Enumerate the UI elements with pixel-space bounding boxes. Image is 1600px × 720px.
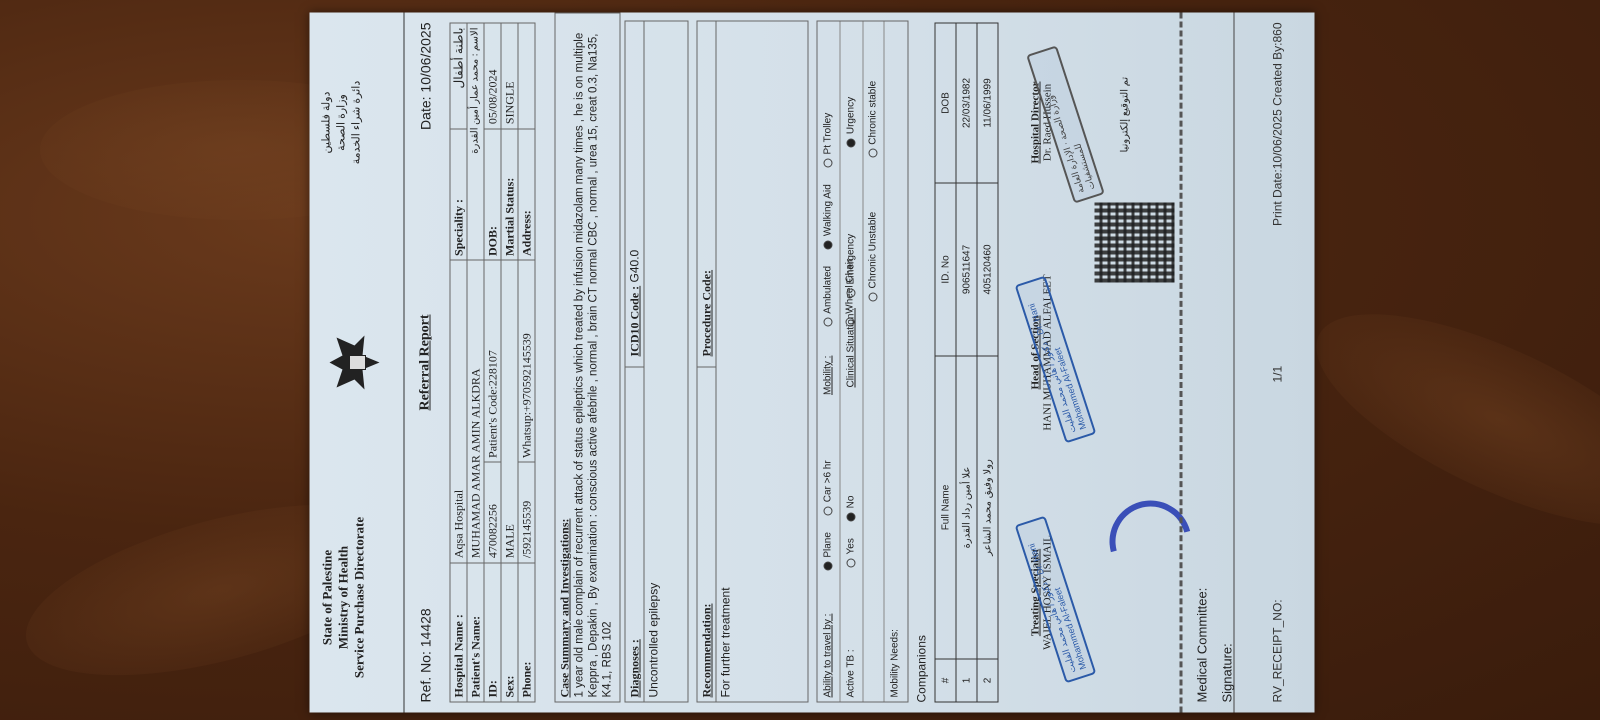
radio-unchecked-icon <box>823 318 832 327</box>
directorate-name-ar: دائرة شراء الخدمة <box>350 23 365 223</box>
radio-unchecked-icon <box>846 559 855 568</box>
tb-option-no[interactable]: No <box>841 496 863 522</box>
mobility-option-walking-aid[interactable]: Walking Aid <box>818 184 840 249</box>
recommendation-section: Recommendation: Procedure Code: For furt… <box>697 21 809 703</box>
dashed-divider <box>1180 13 1183 713</box>
col-full-name: Full Name <box>935 356 956 659</box>
letterhead-arabic: دولة فلسطين وزارة الصحة دائرة شراء الخدم… <box>320 23 365 223</box>
marital-value: SINGLE <box>501 23 518 129</box>
travel-option-plane[interactable]: Plane <box>818 532 840 571</box>
page-footer: RV_RECEIPT_NO: 1/1 Print Date:10/06/2025… <box>1234 13 1315 713</box>
clinical-options: Emergency Urgency <box>841 83 863 298</box>
head-stamp: دكتور / هاني محمد الفليت · Dr. Hani Moha… <box>1015 276 1097 444</box>
travel-option-car[interactable]: Car >6 hr <box>818 460 840 515</box>
procedure-code-label: Procedure Code: <box>698 270 716 367</box>
row-id-no: 906511647 <box>956 183 977 356</box>
id-value: 470082256 <box>484 462 501 562</box>
tb-option-yes[interactable]: Yes <box>841 538 863 567</box>
clinical-option-chronic-stable[interactable]: Chronic stable <box>864 81 884 158</box>
mobility-label: Mobility : <box>818 327 840 395</box>
case-summary-text: 1 year old male complain of recurrent at… <box>573 18 615 698</box>
phone-value: /592145539 <box>518 462 535 562</box>
whatsapp-value: Whatsup:+970592145539 <box>518 260 535 462</box>
col-index: # <box>935 659 956 702</box>
mobility-option-ambulated[interactable]: Ambulated <box>818 266 840 327</box>
col-dob: DOB <box>935 23 956 183</box>
radio-unchecked-icon <box>823 158 832 167</box>
row-full-name: علا أمين رداد القدرة <box>956 356 977 659</box>
patient-name-value: MUHAMAD AMAR AMIN ALKDRA <box>467 260 484 562</box>
row-dob: 11/06/1999 <box>977 23 998 183</box>
active-tb-label: Active TB : <box>841 568 863 702</box>
diagnoses-title: Diagnoses : <box>626 367 644 702</box>
page-indicator: 1/1 <box>1271 366 1285 383</box>
radio-checked-icon <box>823 562 832 571</box>
clinical-option-chronic-unstable[interactable]: Chronic Unstable <box>864 212 884 302</box>
header-divider <box>404 13 405 713</box>
sex-label: Sex: <box>501 563 518 702</box>
travel-options: Plane Car >6 hr <box>818 395 840 571</box>
id-label: ID: <box>484 563 501 702</box>
doctor-stamp: دكتور / هاني محمد الفليت · Dr. Hani Moha… <box>1015 516 1097 684</box>
clinical-situation-label: Clinical Situation : <box>841 298 863 388</box>
recommendation-title: Recommendation: <box>698 367 716 702</box>
patient-info-table: Hospital Name : Aqsa Hospital Speciality… <box>450 23 536 703</box>
print-info: Print Date:10/06/2025 Created By:860 <box>1271 23 1285 226</box>
mobility-options: Ambulated Walking Aid Pt Trolley Wheel C… <box>818 22 840 327</box>
signature-label: Signature: <box>1220 643 1235 702</box>
hospital-label: Hospital Name : <box>450 563 467 702</box>
row-id-no: 405120460 <box>977 183 998 356</box>
companions-header-row: # Full Name ID. No DOB <box>935 23 956 702</box>
ministry-name-ar: وزارة الصحة <box>335 23 350 223</box>
electronic-signature-label: تم التوقيع إلكترونيا <box>1120 77 1131 153</box>
receipt-number-label: RV_RECEIPT_NO: <box>1271 599 1285 702</box>
speciality-value: باطنة أطفال <box>450 23 467 129</box>
radio-unchecked-icon <box>846 289 855 298</box>
radio-unchecked-icon <box>868 149 877 158</box>
letterhead: State of Palestine Ministry of Health Se… <box>310 13 405 713</box>
sex-value: MALE <box>501 260 518 562</box>
round-seal-icon <box>1094 485 1206 597</box>
directorate-name: Service Purchase Directorate <box>352 483 368 713</box>
case-summary-section: Case Summary and Investigations: 1 year … <box>555 13 621 703</box>
reference-row: Ref. No: 14428 Referral Report Date: 10/… <box>418 23 440 703</box>
mobility-option-pt-trolley[interactable]: Pt Trolley <box>818 113 840 168</box>
document-photo: State of Palestine Ministry of Health Se… <box>310 10 1315 715</box>
clinical-option-urgency[interactable]: Urgency <box>841 97 863 147</box>
case-summary-title: Case Summary and Investigations: <box>558 18 573 698</box>
patient-code: Patient's Code:228107 <box>484 260 501 462</box>
phone-label: Phone: <box>518 563 535 702</box>
table-row: 1 علا أمين رداد القدرة 906511647 22/03/1… <box>956 23 977 702</box>
companions-title: Companions <box>915 635 929 702</box>
state-name: State of Palestine <box>320 483 336 713</box>
letterhead-english: State of Palestine Ministry of Health Se… <box>320 483 368 713</box>
col-id-no: ID. No <box>935 183 956 356</box>
recommendation-value: For further treatment <box>717 22 735 702</box>
radio-unchecked-icon <box>868 293 877 302</box>
ministry-name: Ministry of Health <box>336 483 352 713</box>
companions-table: # Full Name ID. No DOB 1 علا أمين رداد ا… <box>935 23 999 703</box>
address-value <box>518 23 535 129</box>
patient-name-arabic: الاسم : محمد عمار أمين القدرة <box>467 23 484 260</box>
radio-checked-icon <box>846 512 855 521</box>
patient-name-label: Patient's Name: <box>467 563 484 702</box>
row-index: 1 <box>956 659 977 702</box>
eagle-emblem-icon <box>325 328 385 398</box>
diagnoses-section: Diagnoses : ICD10 Code : G40.0 Uncontrol… <box>625 21 689 703</box>
row-full-name: رولا وفيق محمد الشاعر <box>977 356 998 659</box>
speciality-label: Speciality : <box>450 129 467 261</box>
referral-report-paper: State of Palestine Ministry of Health Se… <box>310 13 1315 713</box>
travel-section: Ability to travel by : Plane Car >6 hr M… <box>817 21 909 703</box>
row-index: 2 <box>977 659 998 702</box>
icd-value: G40.0 <box>628 250 642 283</box>
mobility-needs-label: Mobility Needs: <box>884 22 907 702</box>
row-dob: 22/03/1982 <box>956 23 977 183</box>
qr-code-icon[interactable] <box>1095 203 1175 283</box>
diagnosis-value: Uncontrolled epilepsy <box>645 22 663 702</box>
hospital-value: Aqsa Hospital <box>450 260 467 562</box>
report-date: Date: 10/06/2025 <box>418 23 434 130</box>
ability-to-travel-label: Ability to travel by : <box>818 571 840 702</box>
address-label: Address: <box>518 129 535 261</box>
clinical-option-emergency[interactable]: Emergency <box>841 234 863 298</box>
table-row: 2 رولا وفيق محمد الشاعر 405120460 11/06/… <box>977 23 998 702</box>
radio-checked-icon <box>846 138 855 147</box>
dob-label: DOB: <box>484 129 501 261</box>
marital-label: Martial Status: <box>501 129 518 261</box>
tb-options: Yes No <box>841 388 863 568</box>
medical-committee-label: Medical Committee: <box>1195 588 1210 703</box>
radio-checked-icon <box>823 240 832 249</box>
dob-value: 05/08/2024 <box>484 23 501 129</box>
icd-label: ICD10 Code : <box>628 286 642 357</box>
state-name-ar: دولة فلسطين <box>320 23 335 223</box>
radio-unchecked-icon <box>823 506 832 515</box>
